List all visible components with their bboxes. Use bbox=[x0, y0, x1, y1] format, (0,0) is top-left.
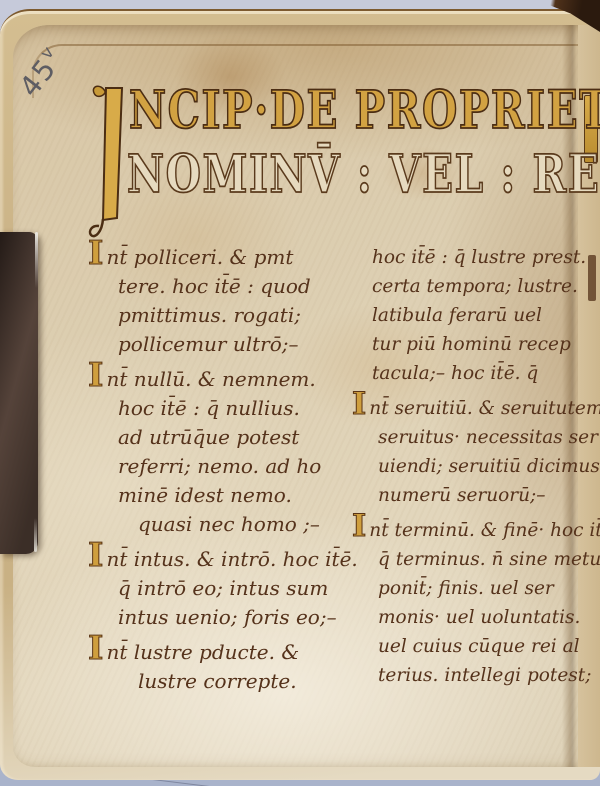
heading-line-2: NOMINV̄ : VEL : RERVM ; bbox=[127, 144, 600, 205]
text-line: intus uenio; foris eo;– bbox=[112, 603, 378, 632]
text-line: Int̄ terminū. & finē· hoc it̄ē; bbox=[352, 516, 594, 545]
text-line: tur piū hominū recep bbox=[372, 330, 594, 359]
line-text: latibula ferarū uel bbox=[372, 305, 542, 326]
text-line: latibula ferarū uel bbox=[372, 301, 594, 330]
manuscript-photo: 45v NCIP·DE PROPRIETATE NOMINV̄ : VEL : … bbox=[0, 0, 600, 786]
text-column-right: hoc it̄ē : q̄ lustre prest. certa tempor… bbox=[372, 243, 594, 690]
illuminated-initial-i bbox=[88, 82, 130, 248]
text-column-left: Int̄ polliceri. & pmt tere. hoc it̄ē : q… bbox=[112, 243, 378, 696]
text-line: quasi nec homo ;– bbox=[112, 510, 378, 539]
text-line: Int̄ nullū. & nemnem. bbox=[88, 365, 378, 394]
text-line: referri; nemo. ad ho bbox=[112, 452, 378, 481]
text-line: q̄ terminus. n̄ sine metu bbox=[372, 545, 594, 574]
paragraph-initial: I bbox=[352, 508, 366, 544]
line-text: uiendi; seruitiū dicimus bbox=[378, 456, 600, 477]
text-line: Int̄ seruitiū. & seruitutem. bbox=[352, 394, 594, 423]
text-line: ponit̄; finis. uel ser bbox=[372, 574, 594, 603]
line-text: ponit̄; finis. uel ser bbox=[378, 578, 554, 599]
line-text: hoc it̄ē : q̄ lustre prest. bbox=[372, 247, 586, 268]
line-text: ad utrūq̄ue potest bbox=[118, 425, 299, 449]
text-line: hoc it̄ē : q̄ lustre prest. bbox=[372, 243, 594, 272]
line-text: tere. hoc it̄ē : quod bbox=[118, 274, 311, 298]
text-line: pollicemur ultrō;– bbox=[112, 330, 378, 359]
paragraph-initial: I bbox=[88, 535, 103, 574]
text-line: q̄ intrō eo; intus sum bbox=[112, 574, 378, 603]
text-line: minē idest nemo. bbox=[112, 481, 378, 510]
line-text: nt̄ terminū. & finē· hoc it̄ē; bbox=[369, 520, 600, 541]
binding-clasp bbox=[0, 232, 38, 554]
heading-line-1: NCIP·DE PROPRIETATE bbox=[129, 80, 600, 141]
line-text: nt̄ seruitiū. & seruitutem. bbox=[369, 398, 600, 419]
text-line: tere. hoc it̄ē : quod bbox=[112, 272, 378, 301]
text-line: certa tempora; lustre. bbox=[372, 272, 594, 301]
text-line: pmittimus. rogati; bbox=[112, 301, 378, 330]
line-text: nt̄ intus. & intrō. hoc it̄ē. bbox=[106, 547, 357, 571]
text-line: Int̄ intus. & intrō. hoc it̄ē. bbox=[88, 545, 378, 574]
line-text: certa tempora; lustre. bbox=[372, 276, 578, 297]
line-text: pollicemur ultrō;– bbox=[118, 332, 299, 356]
line-text: nt̄ nullū. & nemnem. bbox=[106, 367, 315, 391]
text-line: seruitus· necessitas ser bbox=[372, 423, 594, 452]
line-text: q̄ intrō eo; intus sum bbox=[118, 576, 328, 600]
line-text: numerū seruorū;– bbox=[378, 485, 546, 506]
text-line: terius. intellegi potest; bbox=[372, 661, 594, 690]
text-line: numerū seruorū;– bbox=[372, 481, 594, 510]
line-text: monis· uel uoluntatis. bbox=[378, 607, 580, 628]
text-line: ad utrūq̄ue potest bbox=[112, 423, 378, 452]
paragraph-initial: I bbox=[88, 628, 103, 667]
text-line: uiendi; seruitiū dicimus bbox=[372, 452, 594, 481]
line-text: nt̄ polliceri. & pmt bbox=[106, 245, 293, 269]
line-text: lustre correpte. bbox=[138, 669, 297, 693]
text-line: Int̄ lustre pducte. & bbox=[88, 638, 378, 667]
line-text: pmittimus. rogati; bbox=[118, 303, 301, 327]
line-text: tacula;– hoc it̄ē. q̄ bbox=[372, 363, 538, 384]
line-text: referri; nemo. ad ho bbox=[118, 454, 321, 478]
text-line: tacula;– hoc it̄ē. q̄ bbox=[372, 359, 594, 388]
text-line: monis· uel uoluntatis. bbox=[372, 603, 594, 632]
line-text: uel cuius cūque rei al bbox=[378, 636, 580, 657]
paragraph-initial: I bbox=[88, 355, 103, 394]
text-line: uel cuius cūque rei al bbox=[372, 632, 594, 661]
line-text: hoc it̄ē : q̄ nullius. bbox=[118, 396, 300, 420]
text-line: hoc it̄ē : q̄ nullius. bbox=[112, 394, 378, 423]
line-text: intus uenio; foris eo;– bbox=[118, 605, 337, 629]
line-text: quasi nec homo ;– bbox=[138, 512, 320, 536]
line-text: q̄ terminus. n̄ sine metu bbox=[378, 549, 600, 570]
line-text: nt̄ lustre pducte. & bbox=[106, 640, 299, 664]
line-text: seruitus· necessitas ser bbox=[378, 427, 598, 448]
text-line: lustre correpte. bbox=[112, 667, 378, 696]
line-text: minē idest nemo. bbox=[118, 483, 292, 507]
line-text: tur piū hominū recep bbox=[372, 334, 571, 355]
line-text: terius. intellegi potest; bbox=[378, 665, 591, 686]
paragraph-initial: I bbox=[352, 386, 366, 422]
text-line: Int̄ polliceri. & pmt bbox=[88, 243, 378, 272]
paragraph-initial: I bbox=[88, 233, 103, 272]
